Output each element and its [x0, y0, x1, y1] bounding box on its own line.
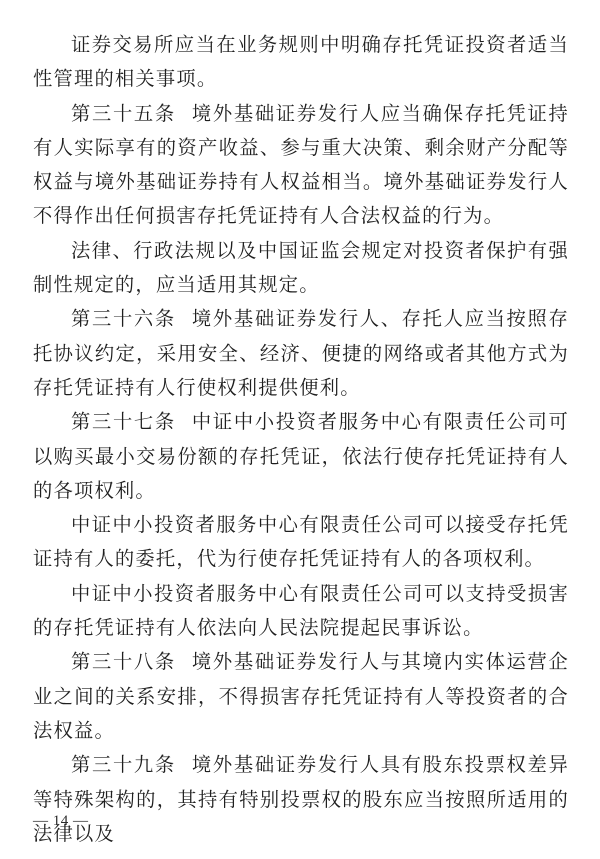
article-number: 第三十七条 — [71, 410, 176, 433]
article-36: 第三十六条境外基础证券发行人、存托人应当按照存托协议约定，采用安全、经济、便捷的… — [33, 302, 569, 405]
paragraph-investor-suitability: 证券交易所应当在业务规则中明确存托凭证投资者适当性管理的相关事项。 — [33, 28, 569, 97]
page-number: — 14 — — [33, 813, 89, 830]
paragraph-mandatory-provisions: 法律、行政法规以及中国证监会规定对投资者保护有强制性规定的，应当适用其规定。 — [33, 234, 569, 303]
article-39: 第三十九条境外基础证券发行人具有股东投票权差异等特殊架构的，其持有特别投票权的股… — [33, 748, 569, 851]
document-page: 证券交易所应当在业务规则中明确存托凭证投资者适当性管理的相关事项。 第三十五条境… — [33, 28, 569, 851]
paragraph-entrusted-rights: 中证中小投资者服务中心有限责任公司可以接受存托凭证持有人的委托，代为行使存托凭证… — [33, 508, 569, 577]
article-38: 第三十八条境外基础证券发行人与其境内实体运营企业之间的关系安排，不得损害存托凭证… — [33, 645, 569, 748]
article-number: 第三十六条 — [71, 307, 176, 330]
article-number: 第三十九条 — [71, 753, 176, 776]
article-number: 第三十八条 — [71, 650, 176, 673]
article-number: 第三十五条 — [71, 102, 176, 125]
paragraph-text: 中证中小投资者服务中心有限责任公司可以接受存托凭证持有人的委托，代为行使存托凭证… — [33, 513, 569, 570]
paragraph-text: 法律、行政法规以及中国证监会规定对投资者保护有强制性规定的，应当适用其规定。 — [33, 239, 569, 296]
article-37: 第三十七条中证中小投资者服务中心有限责任公司可以购买最小交易份额的存托凭证，依法… — [33, 405, 569, 508]
article-35: 第三十五条境外基础证券发行人应当确保存托凭证持有人实际享有的资产收益、参与重大决… — [33, 97, 569, 234]
paragraph-text: 证券交易所应当在业务规则中明确存托凭证投资者适当性管理的相关事项。 — [33, 33, 569, 90]
paragraph-civil-litigation: 中证中小投资者服务中心有限责任公司可以支持受损害的存托凭证持有人依法向人民法院提… — [33, 577, 569, 646]
paragraph-text: 中证中小投资者服务中心有限责任公司可以支持受损害的存托凭证持有人依法向人民法院提… — [33, 582, 569, 639]
